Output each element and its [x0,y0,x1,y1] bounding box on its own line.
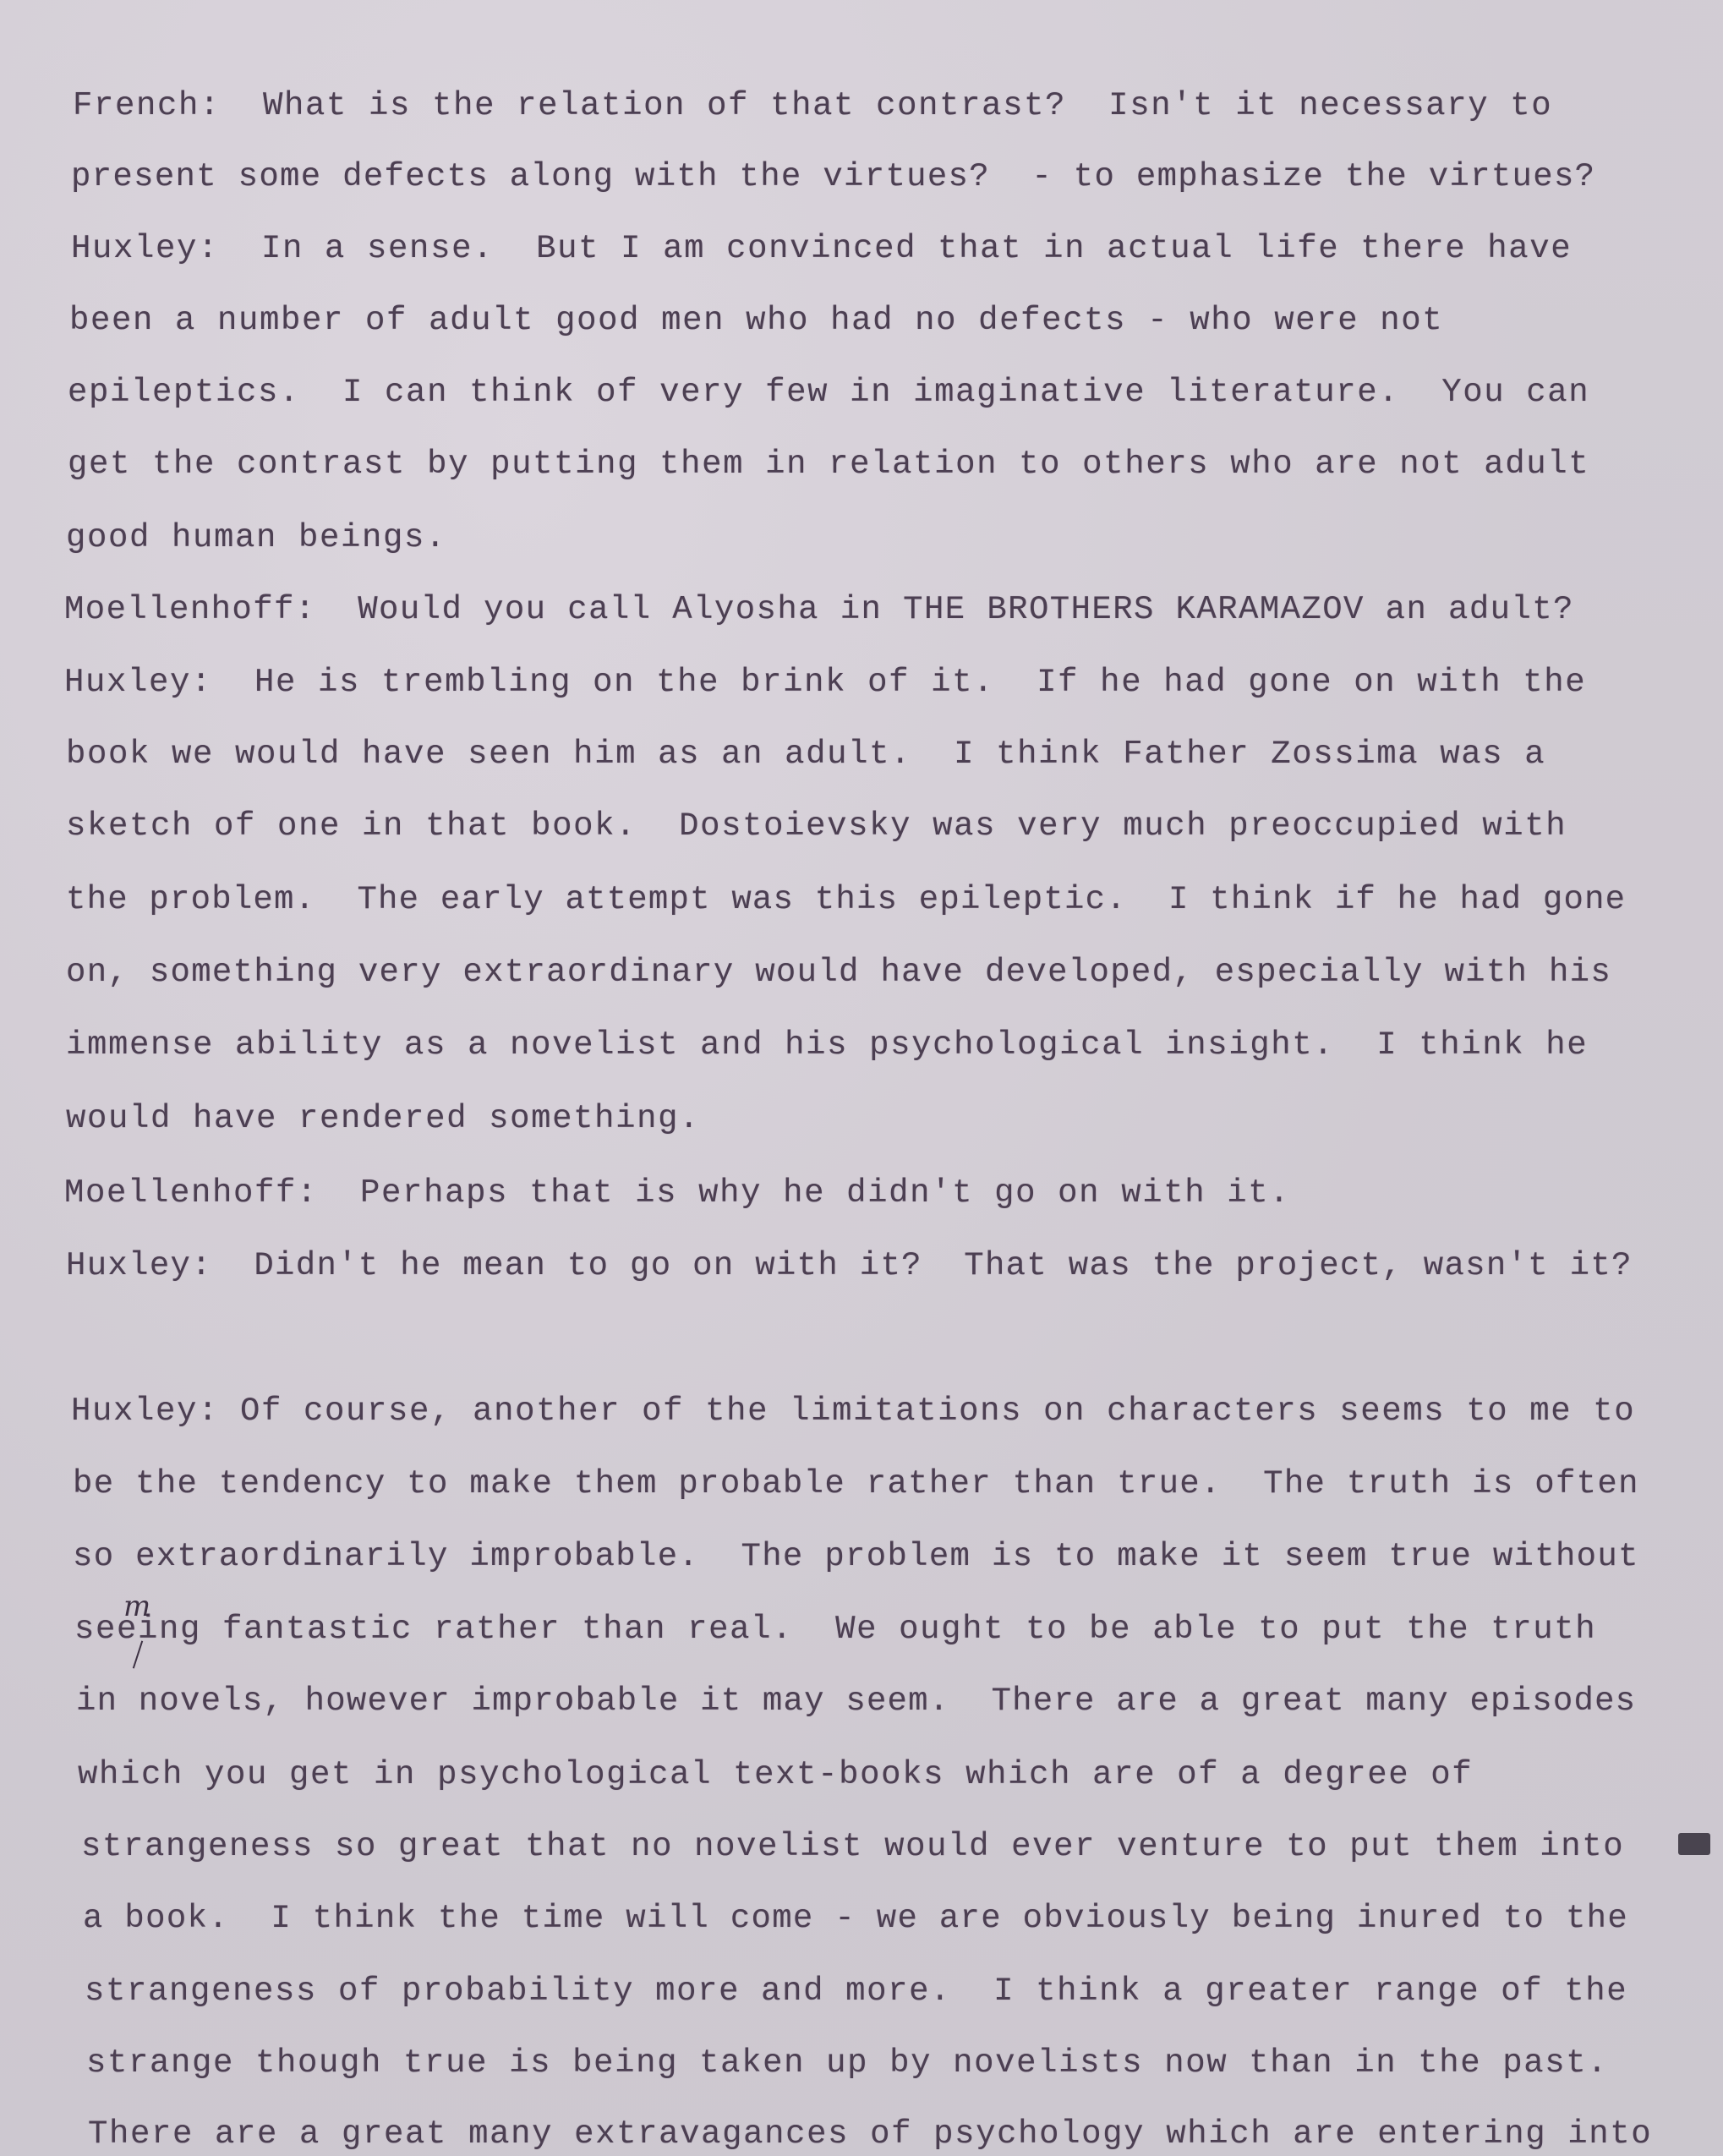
text-line: Huxley: In a sense. But I am convinced t… [71,233,1572,265]
text-line: present some defects along with the virt… [71,161,1595,194]
text-line: seeing fantastic rather than real. We ou… [74,1613,1596,1646]
text-line: There are a great many extravagances of … [88,2118,1652,2151]
text-line: epileptics. I can think of very few in i… [68,376,1589,409]
text-line: strangeness of probability more and more… [85,1975,1627,2008]
text-line: the problem. The early attempt was this … [66,884,1626,917]
text-line: book we would have seen him as an adult.… [66,738,1545,771]
text-line: French: What is the relation of that con… [73,90,1552,123]
text-line: be the tendency to make them probable ra… [73,1468,1639,1501]
text-line: which you get in psychological text-book… [78,1759,1473,1792]
text-line: strange though true is being taken up by… [86,2047,1608,2080]
typewritten-page: French: What is the relation of that con… [0,0,1723,2156]
text-line: in novels, however improbable it may see… [76,1685,1636,1718]
text-line: been a number of adult good men who had … [69,304,1443,337]
text-line: so extraordinarily improbable. The probl… [73,1540,1639,1573]
text-line: Moellenhoff: Perhaps that is why he didn… [64,1177,1290,1210]
text-line: Huxley: He is trembling on the brink of … [64,666,1586,699]
text-line: on, something very extraordinary would h… [66,956,1611,989]
text-line: good human beings. [66,522,446,555]
text-line: sketch of one in that book. Dostoievsky … [66,810,1567,843]
text-line: strangeness so great that no novelist wo… [81,1830,1624,1863]
text-line: immense ability as a novelist and his ps… [66,1029,1588,1062]
text-line: Moellenhoff: Would you call Alyosha in T… [64,594,1574,627]
text-line: get the contrast by putting them in rela… [68,448,1589,481]
text-line: Huxley: Of course, another of the limita… [71,1395,1635,1428]
handwritten-correction: m [123,1590,150,1623]
strikeout-mark [1678,1833,1710,1855]
text-line: Huxley: Didn't he mean to go on with it?… [66,1250,1633,1283]
text-line: a book. I think the time will come - we … [83,1902,1628,1935]
text-line: would have rendered something. [66,1103,700,1135]
